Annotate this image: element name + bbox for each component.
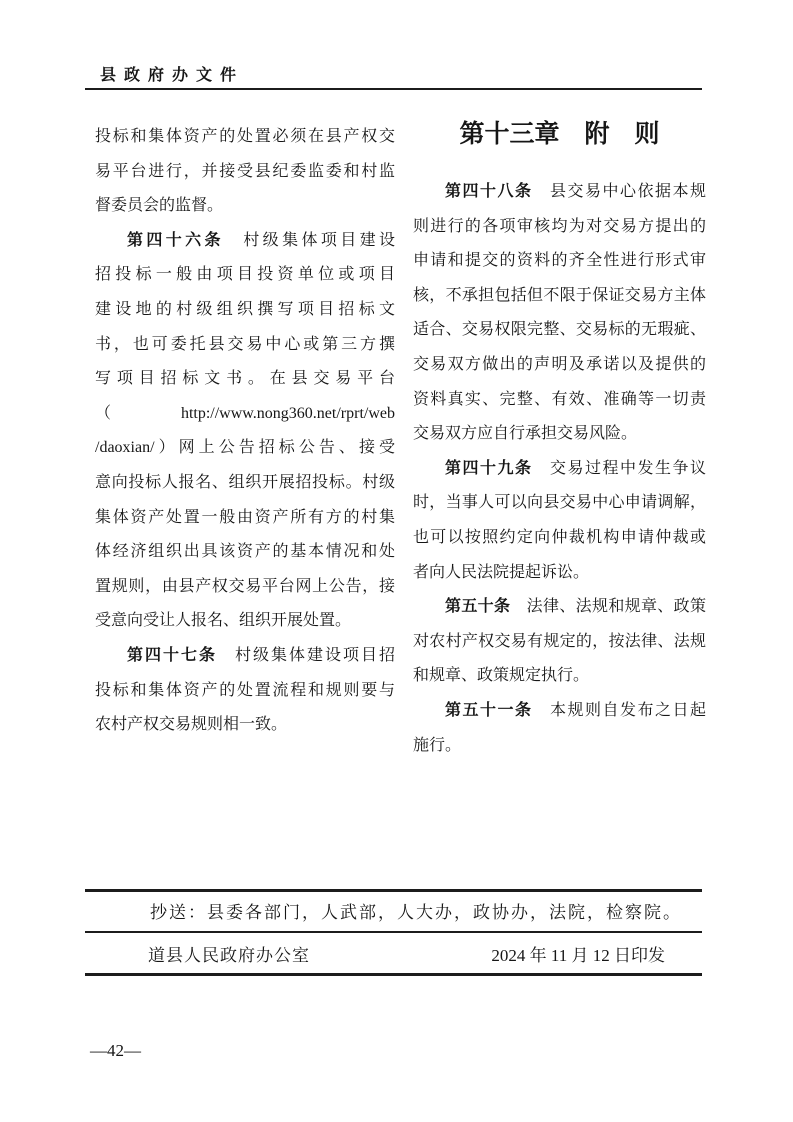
right-column: 第四十八条 县交易中心依据本规则进行的各项审核均为对交易方提出的申请和提交的资料… [413, 175, 706, 763]
article-number: 第四十七条 [127, 647, 217, 664]
text-line: 资料真实、完整、有效、准确等一切责任； [413, 383, 706, 418]
print-date: 2024 年 11 月 12 日印发 [491, 941, 665, 966]
text-line: 时，当事人可以向县交易中心申请调解， [413, 486, 706, 521]
text-line: 易平台进行，并接受县纪委监委和村监 [95, 155, 395, 190]
text-line: 第四十六条 村级集体项目建设 [95, 224, 395, 259]
text-line: 投标和集体资产的处置必须在县产权交 [95, 120, 395, 155]
text-line: 申请和提交的资料的齐全性进行形式审 [413, 244, 706, 279]
header-rule [85, 88, 702, 90]
text-line: /daoxian/）网上公告招标公告、接受 [95, 431, 395, 466]
chapter-heading: 第十三章 附 则 [413, 114, 706, 150]
article-number: 第四十八条 [445, 183, 533, 200]
text-line: （http://www.nong360.net/rprt/web [95, 397, 395, 432]
page-number: —42— [90, 1041, 141, 1061]
text-line: 受意向受让人报名、组织开展处置。 [95, 604, 395, 639]
text-line: 施行。 [413, 729, 706, 764]
text-line: 和规章、政策规定执行。 [413, 659, 706, 694]
document-page: 县政府办文件 第十三章 附 则 投标和集体资产的处置必须在县产权交易平台进行，并… [0, 0, 793, 1122]
copy-to-line: 抄送：县委各部门，人武部，人大办，政协办，法院，检察院。 [150, 898, 702, 923]
text-line: 适合、交易权限完整、交易标的无瑕疵、 [413, 313, 706, 348]
left-column: 投标和集体资产的处置必须在县产权交易平台进行，并接受县纪委监委和村监督委员会的监… [95, 120, 395, 743]
text-line: 第四十九条 交易过程中发生争议 [413, 452, 706, 487]
footer-rule-bottom [85, 973, 702, 976]
text-line: 建设地的村级组织撰写项目招标文 [95, 293, 395, 328]
article-number: 第五十条 [445, 598, 510, 615]
text-line: 也可以按照约定向仲裁机构申请仲裁或 [413, 521, 706, 556]
doc-header-title: 县政府办文件 [100, 62, 244, 85]
text-line: 体经济组织出具该资产的基本情况和处 [95, 535, 395, 570]
text-line: 农村产权交易规则相一致。 [95, 708, 395, 743]
text-line: 核，不承担包括但不限于保证交易方主体 [413, 279, 706, 314]
text-line: 第四十八条 县交易中心依据本规 [413, 175, 706, 210]
text-line: 督委员会的监督。 [95, 189, 395, 224]
text-line: 招投标一般由项目投资单位或项目 [95, 258, 395, 293]
text-line: 第四十七条 村级集体建设项目招 [95, 639, 395, 674]
text-line: 则进行的各项审核均为对交易方提出的 [413, 210, 706, 245]
footer-rule-middle [85, 931, 702, 933]
text-line: 交易双方做出的声明及承诺以及提供的 [413, 348, 706, 383]
text-line: 投标和集体资产的处置流程和规则要与 [95, 674, 395, 709]
text-line: 写项目招标文书。在县交易平台 [95, 362, 395, 397]
text-line: 集体资产处置一般由资产所有方的村集 [95, 501, 395, 536]
text-line: 第五十一条 本规则自发布之日起 [413, 694, 706, 729]
text-line: 交易双方应自行承担交易风险。 [413, 417, 706, 452]
text-line: 者向人民法院提起诉讼。 [413, 556, 706, 591]
text-line: 书，也可委托县交易中心或第三方撰 [95, 328, 395, 363]
footer-rule-top [85, 889, 702, 892]
text-line: 意向投标人报名、组织开展招投标。村级 [95, 466, 395, 501]
text-line: 置规则，由县产权交易平台网上公告，接 [95, 570, 395, 605]
issuer-office: 道县人民政府办公室 [148, 941, 310, 966]
text-line: 第五十条 法律、法规和规章、政策 [413, 590, 706, 625]
article-number: 第五十一条 [445, 702, 533, 719]
text-line: 对农村产权交易有规定的，按法律、法规 [413, 625, 706, 660]
article-number: 第四十九条 [445, 460, 533, 477]
article-number: 第四十六条 [127, 232, 224, 249]
